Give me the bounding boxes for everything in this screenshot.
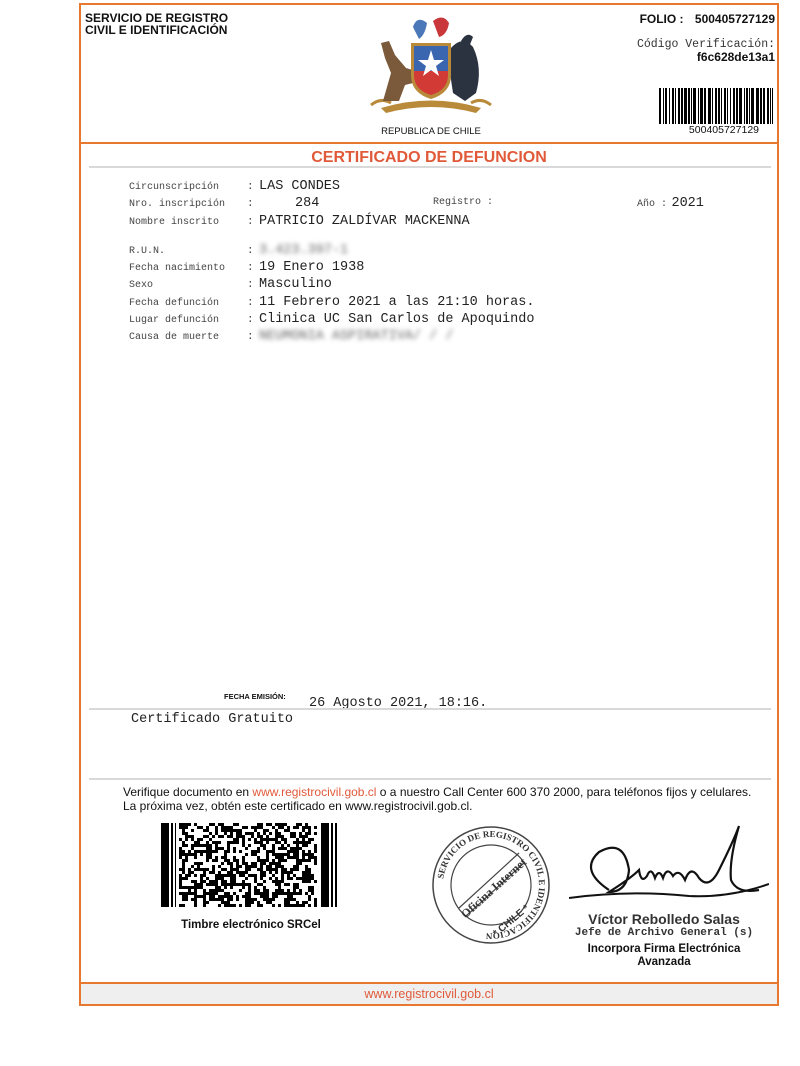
certificate-title: CERTIFICADO DE DEFUNCION: [81, 149, 777, 167]
electronic-stamp-caption: Timbre electrónico SRCel: [141, 919, 361, 931]
field-value: Masculino: [259, 277, 332, 292]
signer-block: Víctor Rebolledo Salas Jefe de Archivo G…: [549, 911, 779, 969]
field-run: R.U.N.:3.423.397-1: [129, 240, 348, 258]
field-ano: Año : 2021: [637, 193, 704, 211]
folio: FOLIO : 500405727129: [640, 12, 775, 26]
barcode-icon: [659, 88, 773, 124]
registro-label: Registro :: [433, 197, 493, 208]
field-nro-inscripcion: Nro. inscripción:284: [129, 193, 319, 211]
coat-of-arms-icon: [361, 13, 501, 117]
colon: :: [247, 245, 259, 257]
field-label: R.U.N.: [129, 246, 247, 257]
electronic-signature-note: Incorpora Firma Electrónica Avanzada: [549, 943, 779, 969]
footer-link[interactable]: www.registrocivil.gob.cl: [81, 982, 777, 1004]
colon: :: [247, 181, 259, 193]
official-seal-icon: SERVICIO DE REGISTRO CIVIL E IDENTIFICAC…: [429, 823, 553, 947]
field-label: Causa de muerte: [129, 332, 247, 343]
colon: :: [247, 198, 259, 210]
field-fecha-defuncion: Fecha defunción:11 Febrero 2021 a las 21…: [129, 292, 534, 310]
verification-notice: Verifique documento en www.registrocivil…: [123, 785, 763, 813]
registro-civil-link[interactable]: www.registrocivil.gob.cl: [252, 785, 376, 799]
field-value: Clinica UC San Carlos de Apoquindo: [259, 312, 534, 327]
colon: :: [247, 331, 259, 343]
issuer-name: SERVICIO DE REGISTRO CIVIL E IDENTIFICAC…: [85, 12, 228, 36]
field-label: Fecha nacimiento: [129, 263, 247, 274]
field-value: LAS CONDES: [259, 179, 340, 194]
certificate-document: SERVICIO DE REGISTRO CIVIL E IDENTIFICAC…: [79, 3, 779, 1006]
electronic-stamp-barcode-icon: [161, 823, 337, 907]
emission-date-label: FECHA EMISIÓN:: [224, 692, 286, 701]
field-value: 2021: [671, 196, 703, 211]
field-value-redacted: 3.423.397-1: [259, 243, 348, 258]
barcode-number: 500405727129: [689, 124, 759, 136]
crest-caption: REPUBLICA DE CHILE: [351, 126, 511, 137]
certificate-header: SERVICIO DE REGISTRO CIVIL E IDENTIFICAC…: [81, 5, 777, 144]
colon: :: [247, 297, 259, 309]
colon: :: [247, 279, 259, 291]
signer-role: Jefe de Archivo General (s): [549, 927, 779, 939]
field-label: Nro. inscripción: [129, 199, 247, 210]
field-value: 11 Febrero 2021 a las 21:10 horas.: [259, 295, 534, 310]
field-value: 284: [295, 196, 319, 211]
field-nombre: Nombre inscrito:PATRICIO ZALDÍVAR MACKEN…: [129, 211, 470, 229]
field-circunscripcion: Circunscripción:LAS CONDES: [129, 176, 340, 194]
signer-name: Víctor Rebolledo Salas: [549, 911, 779, 927]
field-label: Fecha defunción: [129, 298, 247, 309]
field-causa-muerte: Causa de muerte:NEUMONIA ASPIRATIVA/ / /: [129, 326, 453, 344]
field-label: Lugar defunción: [129, 315, 247, 326]
field-fecha-nacimiento: Fecha nacimiento:19 Enero 1938: [129, 257, 364, 275]
field-label: Sexo: [129, 280, 247, 291]
issuer-line-2: CIVIL E IDENTIFICACIÓN: [85, 24, 228, 36]
signature-icon: [569, 820, 769, 920]
divider: [89, 166, 771, 168]
signature-note-line-1: Incorpora Firma Electrónica: [549, 943, 779, 956]
folio-value: 500405727129: [695, 12, 775, 26]
verification-code-value: f6c628de13a1: [697, 50, 775, 64]
field-value: PATRICIO ZALDÍVAR MACKENNA: [259, 214, 470, 229]
field-label: Circunscripción: [129, 182, 247, 193]
colon: :: [247, 216, 259, 228]
divider: [89, 778, 771, 780]
divider: [89, 708, 771, 710]
field-label: Nombre inscrito: [129, 217, 247, 228]
signature-note-line-2: Avanzada: [549, 956, 779, 969]
field-label: Año :: [637, 199, 667, 210]
colon: :: [247, 314, 259, 326]
field-value: 19 Enero 1938: [259, 260, 364, 275]
field-value-redacted: NEUMONIA ASPIRATIVA/ / /: [259, 329, 453, 344]
field-lugar-defuncion: Lugar defunción:Clinica UC San Carlos de…: [129, 309, 534, 327]
colon: :: [247, 262, 259, 274]
field-sexo: Sexo:Masculino: [129, 274, 332, 292]
free-certificate-note: Certificado Gratuito: [131, 712, 293, 727]
folio-label: FOLIO :: [640, 12, 684, 26]
verify-prefix: Verifique documento en: [123, 785, 252, 799]
